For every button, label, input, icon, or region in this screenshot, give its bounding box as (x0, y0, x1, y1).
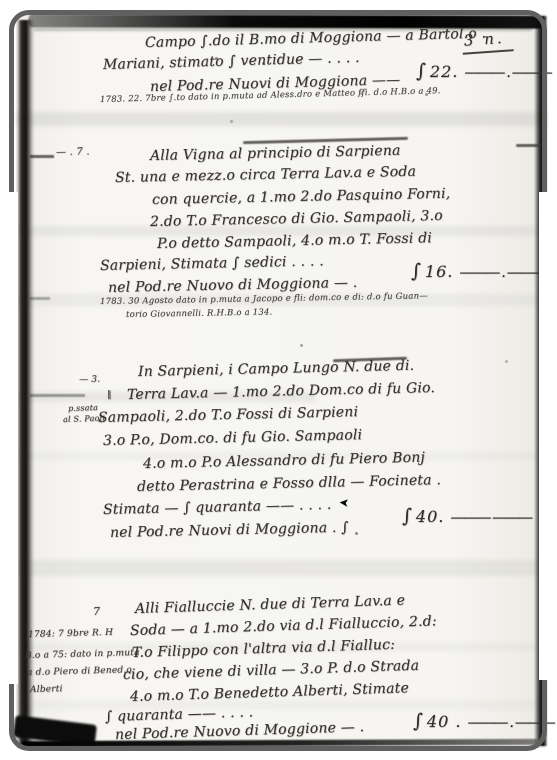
viewer-frame (9, 10, 547, 751)
frame-gap-right (539, 192, 553, 680)
scanned-manuscript-page: 3 n. Campo ∫.do il B.mo di Moggiona — a … (0, 0, 557, 760)
frame-gap-left (6, 192, 18, 684)
